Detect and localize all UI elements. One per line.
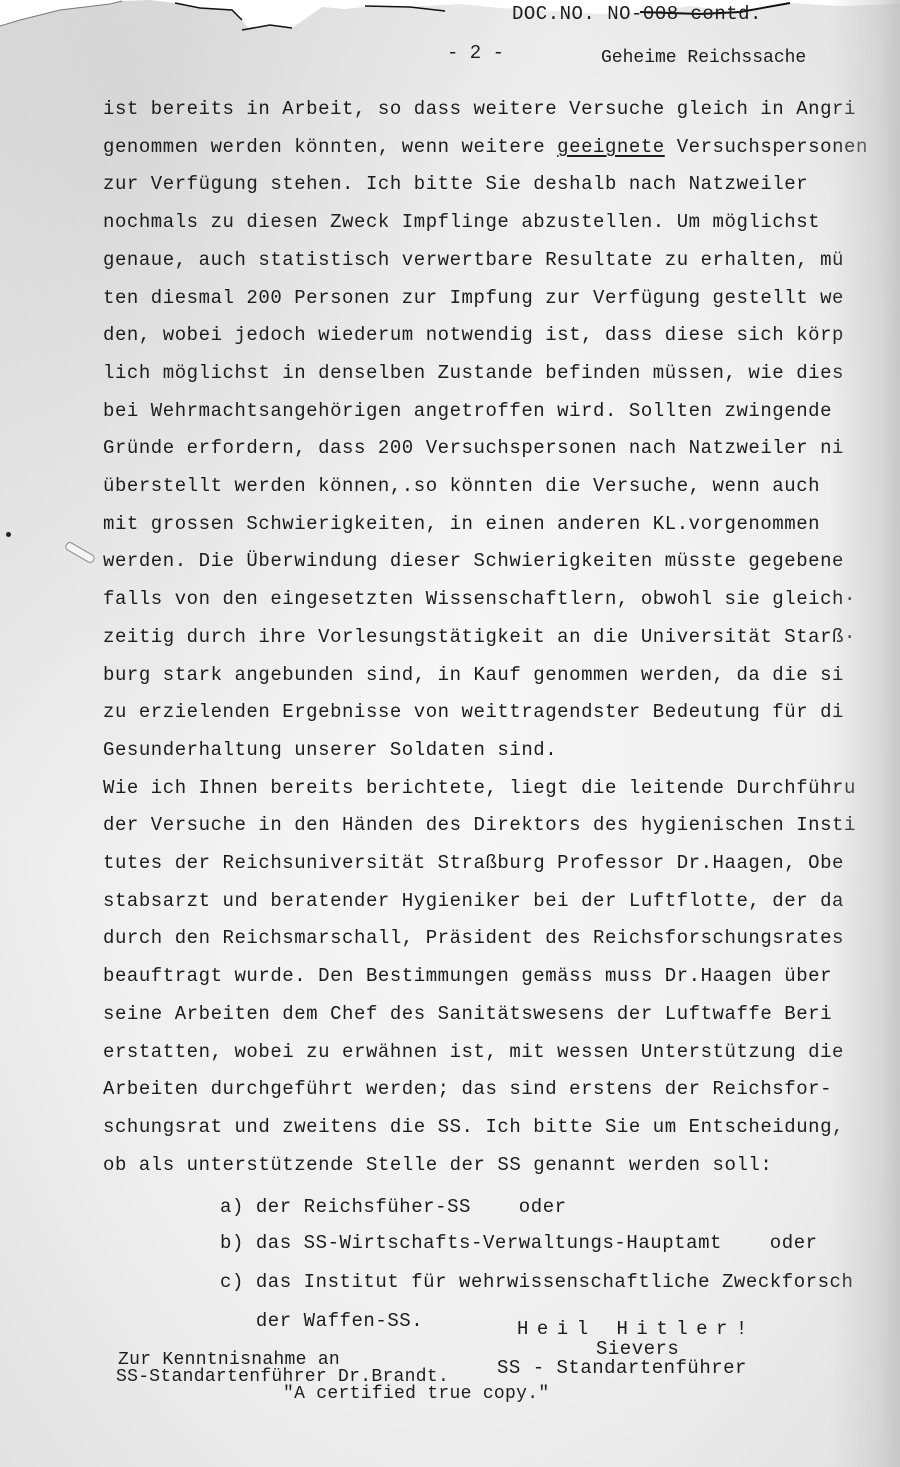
signature-greeting: Heil Hitler! [517,1318,756,1340]
body-line: stabsarzt und beratender Hygieniker bei … [103,891,844,913]
body-line: seine Arbeiten dem Chef des Sanitätswese… [103,1004,832,1026]
body-line: durch den Reichsmarschall, Präsident des… [103,928,844,950]
option-item: a) der Reichsfüher-SS oder [220,1196,567,1218]
body-line: ten diesmal 200 Personen zur Impfung zur… [103,288,844,310]
option-item: der Waffen-SS. [220,1310,423,1332]
signature-rank: SS - Standartenführer [497,1357,747,1379]
paper-scratch [64,541,96,565]
body-line: Gesunderhaltung unserer Soldaten sind. [103,740,557,762]
body-line: bei Wehrmachtsangehörigen angetroffen wi… [103,401,832,423]
underlined-word: geeignete [557,136,665,158]
body-line: genommen werden könnten, wenn weitere ge… [103,137,868,159]
body-line: mit grossen Schwierigkeiten, in einen an… [103,514,820,536]
torn-top-edge [0,0,900,40]
body-line: Gründe erfordern, dass 200 Versuchsperso… [103,438,844,460]
body-line: ob als unterstützende Stelle der SS gena… [103,1155,772,1177]
option-item: b) das SS-Wirtschafts-Verwaltungs-Haupta… [220,1232,818,1254]
body-line: beauftragt wurde. Den Bestimmungen gemäs… [103,966,832,988]
body-line: zu erzielenden Ergebnisse von weittragen… [103,702,844,724]
body-line: überstellt werden können,.so könnten die… [103,476,820,498]
body-line: der Versuche in den Händen des Direktors… [103,815,856,837]
body-line: zeitig durch ihre Vorlesungstätigkeit an… [103,627,856,649]
body-line: genaue, auch statistisch verwertbare Res… [103,250,844,272]
document-page: DOC.NO. NO-008 contd. - 2 - Geheime Reic… [0,0,900,1467]
body-line: zur Verfügung stehen. Ich bitte Sie desh… [103,174,808,196]
ink-speck [6,532,11,537]
body-line: Wie ich Ihnen bereits berichtete, liegt … [103,778,856,800]
page-number: - 2 - [447,42,504,64]
body-line: lich möglichst in denselben Zustande bef… [103,363,844,385]
body-line: erstatten, wobei zu erwähnen ist, mit we… [103,1042,844,1064]
body-line: Arbeiten durchgeführt werden; das sind e… [103,1079,832,1101]
body-line: werden. Die Überwindung dieser Schwierig… [103,551,844,573]
body-line: falls von den eingesetzten Wissenschaftl… [103,589,856,611]
body-line: nochmals zu diesen Zweck Impflinge abzus… [103,212,820,234]
option-item: c) das Institut für wehrwissenschaftlich… [220,1271,853,1293]
body-line: tutes der Reichsuniversität Straßburg Pr… [103,853,844,875]
document-number: DOC.NO. NO-008 contd. [512,3,762,25]
body-line: den, wobei jedoch wiederum notwendig ist… [103,325,844,347]
certification-note: "A certified true copy." [283,1384,549,1404]
body-line: schungsrat und zweitens die SS. Ich bitt… [103,1117,844,1139]
body-line: ist bereits in Arbeit, so dass weitere V… [103,99,856,121]
body-line: burg stark angebunden sind, in Kauf geno… [103,665,844,687]
classification-label: Geheime Reichssache [601,48,806,68]
